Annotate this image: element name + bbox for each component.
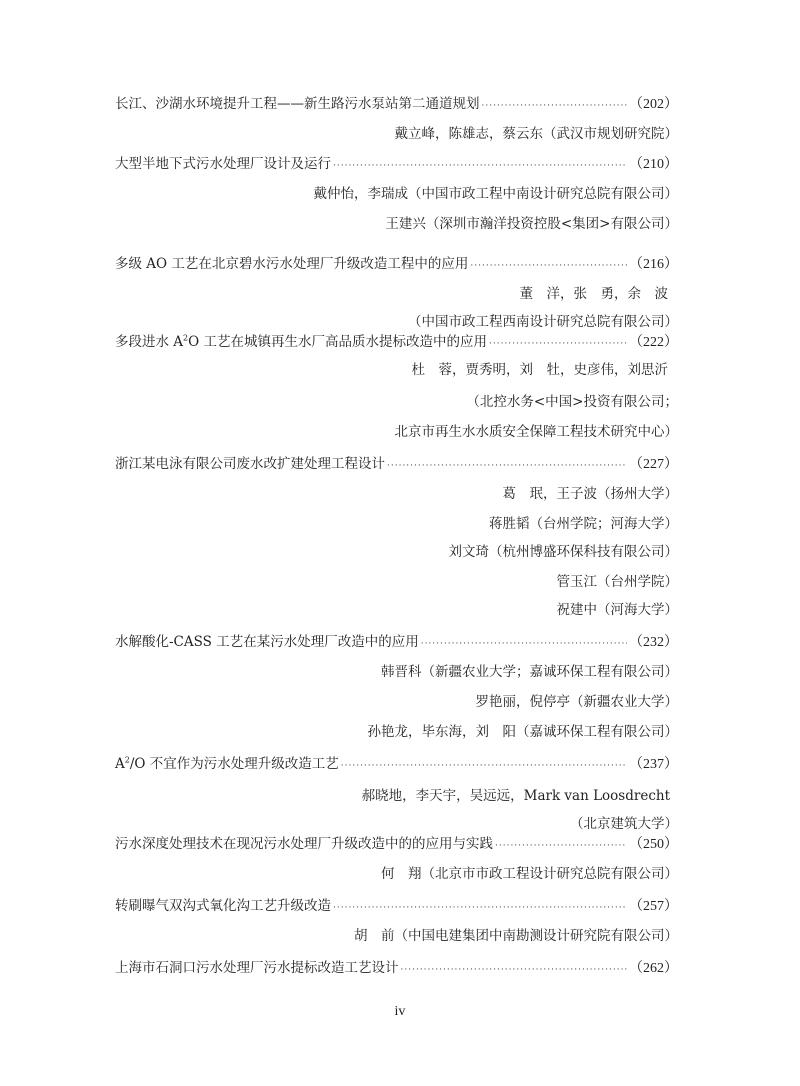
entry-authors: 刘文琦（杭州博盛环保科技有限公司） [115, 542, 678, 562]
entry-authors: 王建兴（深圳市瀚洋投资控股<集团>有限公司） [115, 214, 678, 234]
toc-entry[interactable]: 转刷曝气双沟式氧化沟工艺升级改造 （257） [115, 896, 678, 916]
entry-affiliation: （中国市政工程西南设计研究总院有限公司） [115, 312, 678, 332]
leader-dots [333, 898, 627, 918]
entry-authors: 董 洋，张 勇，余 波 [115, 284, 678, 304]
leader-dots [387, 456, 627, 476]
toc-page: 长江、沙湖水环境提升工程——新生路污水泵站第二通道规划 （202） 戴立峰，陈雄… [0, 0, 800, 1086]
toc-entry[interactable]: 多段进水 A2O 工艺在城镇再生水厂高品质水提标改造中的应用 （222） [115, 332, 678, 352]
toc-entry[interactable]: 水解酸化-CASS 工艺在某污水处理厂改造中的应用 （232） [115, 632, 678, 652]
entry-affiliation: （北京建筑大学） [115, 814, 678, 834]
toc-entry[interactable]: 上海市石洞口污水处理厂污水提标改造工艺设计 （262） [115, 958, 678, 978]
entry-authors: 郝晓地，李天宇，吴远远，Mark van Loosdrecht [115, 786, 678, 806]
entry-title: 大型半地下式污水处理厂设计及运行 [115, 154, 331, 174]
entry-title: A2/O 不宜作为污水处理升级改造工艺 [115, 754, 339, 774]
entry-title: 多级 AO 工艺在北京碧水污水处理厂升级改造工程中的应用 [115, 254, 468, 274]
leader-dots [341, 756, 627, 776]
entry-page: （222） [629, 333, 678, 353]
entry-authors: 何 翔（北京市市政工程设计研究总院有限公司） [115, 864, 678, 884]
entry-authors: 杜 蓉，贾秀明，刘 牡，史彦伟，刘思沂 [115, 360, 678, 380]
toc-entry[interactable]: 多级 AO 工艺在北京碧水污水处理厂升级改造工程中的应用 （216） [115, 254, 678, 274]
toc-entry[interactable]: 大型半地下式污水处理厂设计及运行 （210） [115, 154, 678, 174]
entry-affiliation: （北控水务<中国>投资有限公司； [115, 392, 678, 412]
entry-page: （232） [629, 633, 678, 653]
author-names: 董 洋，张 勇，余 波 [520, 286, 669, 302]
entry-authors: 韩晋科（新疆农业大学；嘉诚环保工程有限公司） [115, 662, 678, 682]
entry-authors: 罗艳丽，倪停亭（新疆农业大学） [115, 692, 678, 712]
toc-entry[interactable]: 污水深度处理技术在现况污水处理厂升级改造中的的应用与实践 （250） [115, 834, 678, 854]
leader-dots [333, 156, 627, 176]
entry-page: （210） [629, 155, 678, 175]
entry-title: 长江、沙湖水环境提升工程——新生路污水泵站第二通道规划 [115, 94, 480, 114]
entry-page: （216） [629, 255, 678, 275]
entry-authors: 孙艳龙，毕东海，刘 阳（嘉诚环保工程有限公司） [115, 722, 678, 742]
entry-title: 转刷曝气双沟式氧化沟工艺升级改造 [115, 896, 331, 916]
entry-page: （237） [629, 755, 678, 775]
entry-authors: 戴立峰，陈雄志，蔡云东（武汉市规划研究院） [115, 124, 678, 144]
entry-title: 多段进水 A2O 工艺在城镇再生水厂高品质水提标改造中的应用 [115, 332, 487, 352]
entry-authors: 戴仲怡，李瑞成（中国市政工程中南设计研究总院有限公司） [115, 184, 678, 204]
page-number: iv [0, 1004, 800, 1020]
entry-page: （262） [629, 959, 678, 979]
entry-authors: 胡 前（中国电建集团中南勘测设计研究院有限公司） [115, 926, 678, 946]
leader-dots [495, 836, 627, 856]
toc-entry[interactable]: 长江、沙湖水环境提升工程——新生路污水泵站第二通道规划 （202） [115, 94, 678, 114]
entry-authors: 葛 珉，王子波（扬州大学） [115, 484, 678, 504]
entry-page: （202） [629, 95, 678, 115]
entry-authors: 管玉江（台州学院） [115, 572, 678, 592]
leader-dots [470, 256, 627, 276]
entry-title: 污水深度处理技术在现况污水处理厂升级改造中的的应用与实践 [115, 834, 493, 854]
entry-authors: 蒋胜韬（台州学院；河海大学） [115, 514, 678, 534]
entry-affiliation: 北京市再生水水质安全保障工程技术研究中心） [115, 422, 678, 442]
toc-entry[interactable]: A2/O 不宜作为污水处理升级改造工艺 （237） [115, 754, 678, 774]
entry-authors: 祝建中（河海大学） [115, 600, 678, 620]
entry-title: 上海市石洞口污水处理厂污水提标改造工艺设计 [115, 958, 399, 978]
leader-dots [401, 960, 628, 980]
toc-entry[interactable]: 浙江某电泳有限公司废水改扩建处理工程设计 （227） [115, 454, 678, 474]
leader-dots [489, 334, 627, 354]
entry-title: 浙江某电泳有限公司废水改扩建处理工程设计 [115, 454, 385, 474]
entry-page: （250） [629, 835, 678, 855]
leader-dots [482, 96, 628, 116]
entry-page: （257） [629, 897, 678, 917]
leader-dots [421, 634, 627, 654]
entry-title: 水解酸化-CASS 工艺在某污水处理厂改造中的应用 [115, 632, 419, 652]
entry-page: （227） [629, 455, 678, 475]
